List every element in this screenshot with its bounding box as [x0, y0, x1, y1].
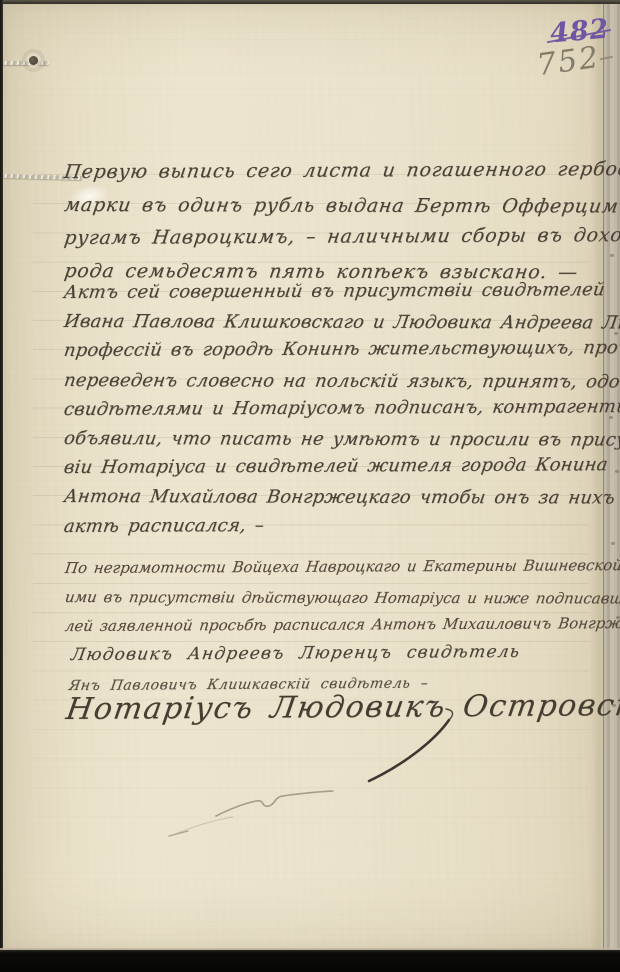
binding-hole: [29, 56, 38, 65]
pencil-annotation-dash: [169, 831, 188, 836]
ink-speck: [611, 542, 615, 545]
handwriting-line: профессій въ городѣ Конинѣ жительствующи…: [62, 333, 620, 366]
manuscript-page: 482 752 Первую выпись сего листа и погаш…: [3, 4, 620, 950]
scan-top-edge: [0, 0, 620, 4]
paragraph-illiteracy-attestation: По неграмотности Войцеха Навроцкаго и Ек…: [63, 554, 620, 641]
signature-notary: Нотаріусъ Людовикъ Островскій: [63, 684, 620, 732]
handwriting-line: актѣ расписался, –: [62, 508, 620, 541]
handwriting-line: ругамъ Навроцкимъ, – наличными сборы въ …: [62, 219, 620, 255]
handwriting-line: віи Нотаріуса и свидѣтелей жителя города…: [62, 450, 620, 483]
paragraph-fee-clause: Первую выпись сего листа и погашенного г…: [62, 156, 620, 288]
signature-witness-1: Людовикъ Андреевъ Люренцъ свидѣтель: [69, 638, 522, 669]
handwriting-line: Актъ сей совершенный въ присутствіи свид…: [62, 275, 620, 308]
handwriting-line: свидѣтелями и Нотаріусомъ подписанъ, кон…: [62, 391, 620, 424]
handwriting-line: По неграмотности Войцеха Навроцкаго и Ек…: [63, 550, 620, 583]
scan-bottom-edge: [0, 948, 620, 972]
handwriting-line: Первую выпись сего листа и погашенного г…: [62, 153, 620, 189]
binding-thread: [3, 61, 49, 65]
pencil-annotation-faint-stroke: [175, 817, 233, 834]
handwriting-line: марки въ одинъ рубль выдана Бертѣ Офферц…: [62, 189, 620, 224]
paragraph-completion-clause: Актъ сей совершенный въ присутствіи свид…: [62, 278, 620, 541]
handwriting-line: лей заявленной просьбѣ расписался Антонъ…: [63, 608, 620, 641]
pencil-annotation-squiggle: [216, 791, 333, 816]
scan-left-binding-edge: [0, 0, 3, 952]
